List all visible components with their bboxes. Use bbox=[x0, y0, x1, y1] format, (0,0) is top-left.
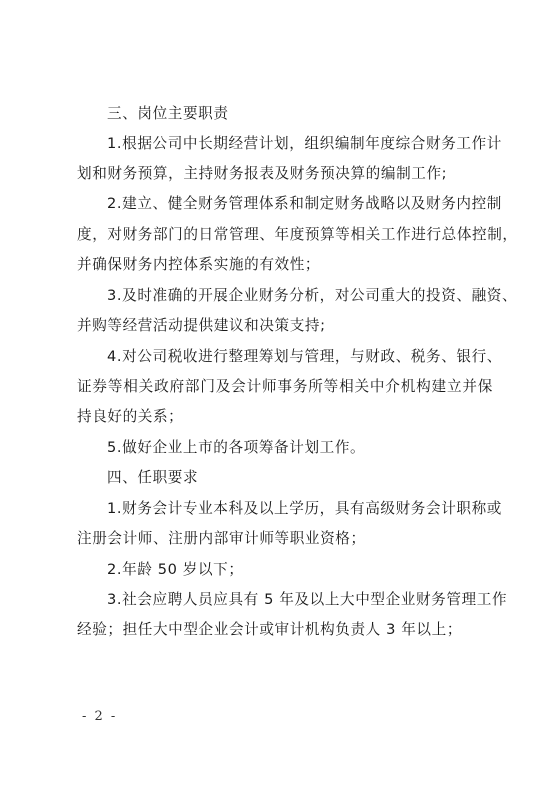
text-line: 2.年龄 50 岁以下； bbox=[107, 559, 493, 581]
text-line: 划和财务预算，主持财务报表及财务预决算的编制工作; bbox=[77, 163, 493, 185]
text-line: 1.财务会计专业本科及以上学历，具有高级财务会计职称或 bbox=[107, 498, 493, 520]
text-line: 2.建立、健全财务管理体系和制定财务战略以及财务内控制 bbox=[107, 193, 493, 215]
text-line: 1.根据公司中长期经营计划，组织编制年度综合财务工作计 bbox=[107, 133, 493, 155]
text-line: 三、岗位主要职责 bbox=[107, 103, 493, 125]
text-line: 持良好的关系； bbox=[77, 406, 493, 428]
text-line: 5.做好企业上市的各项筹备计划工作。 bbox=[107, 437, 493, 459]
text-line: 度，对财务部门的日常管理、年度预算等相关工作进行总体控制， bbox=[77, 224, 493, 246]
document-page: 三、岗位主要职责1.根据公司中长期经营计划，组织编制年度综合财务工作计划和财务预… bbox=[0, 0, 558, 786]
text-line: 并确保财务内控体系实施的有效性； bbox=[77, 254, 493, 276]
text-line: 证券等相关政府部门及会计师事务所等相关中介机构建立并保 bbox=[77, 376, 493, 398]
text-line: 四、任职要求 bbox=[107, 467, 493, 489]
text-line: 3.及时准确的开展企业财务分析，对公司重大的投资、融资、 bbox=[107, 285, 493, 307]
text-line: 3.社会应聘人员应具有 5 年及以上大中型企业财务管理工作 bbox=[107, 589, 493, 611]
text-line: 注册会计师、注册内部审计师等职业资格； bbox=[77, 528, 493, 550]
text-line: 并购等经营活动提供建议和决策支持; bbox=[77, 315, 493, 337]
text-line: 4.对公司税收进行整理筹划与管理，与财政、税务、银行、 bbox=[107, 346, 493, 368]
text-line: 经验；担任大中型企业会计或审计机构负责人 3 年以上； bbox=[77, 619, 493, 641]
page-number: - 2 - bbox=[82, 709, 117, 724]
